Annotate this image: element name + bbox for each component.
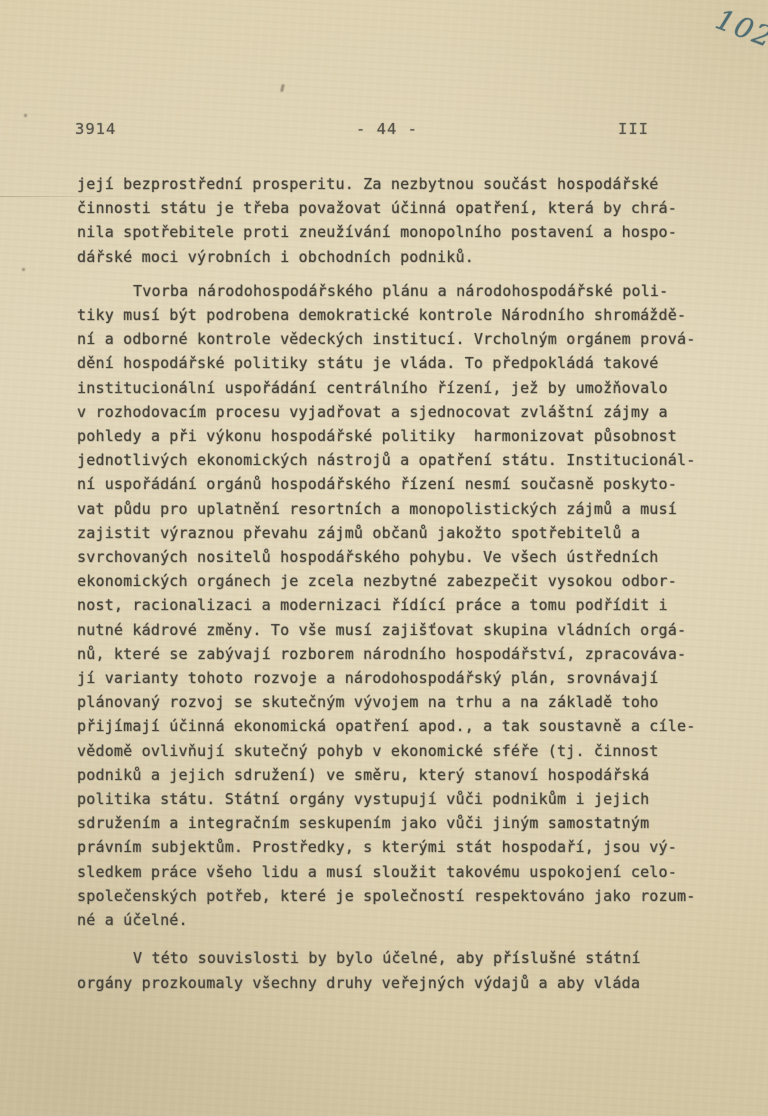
page-header: 3914 - 44 - III <box>0 120 768 142</box>
document-body: její bezprostřední prosperitu. Za nezbyt… <box>77 172 719 1005</box>
document-number: 3914 <box>75 120 116 138</box>
paragraph-main: Tvorba národohospodářského plánu a národ… <box>77 279 719 932</box>
paper-speck <box>572 337 574 342</box>
handwritten-page-number: 102 <box>711 2 768 54</box>
scanned-document-page: 102 3914 - 44 - III její bezprostřední p… <box>0 0 768 1116</box>
paragraph-continuation: její bezprostřední prosperitu. Za nezbyt… <box>77 172 719 269</box>
paper-speck <box>24 114 27 117</box>
paper-speck <box>22 268 25 271</box>
paper-speck <box>280 84 285 92</box>
paragraph-closing: V této souvislosti by bylo účelné, aby p… <box>77 946 719 994</box>
page-number: - 44 - <box>356 120 418 138</box>
section-numeral: III <box>618 120 649 138</box>
